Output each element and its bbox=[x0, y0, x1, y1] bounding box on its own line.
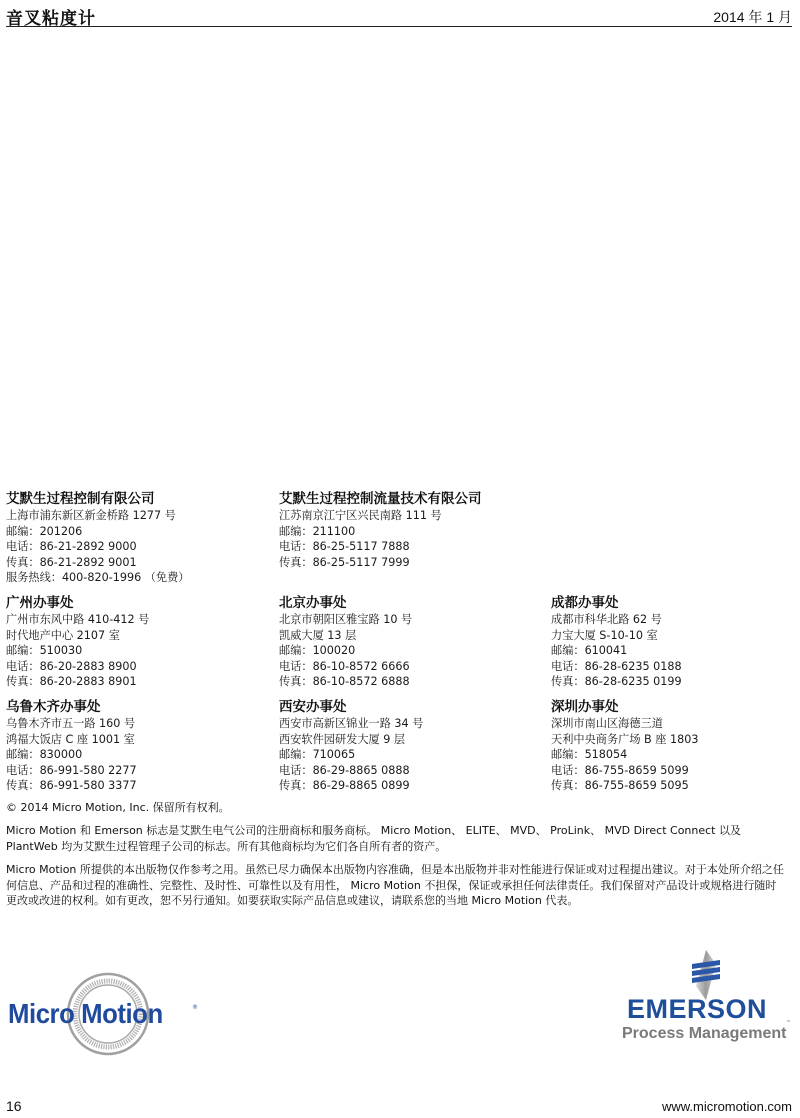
office-name: 广州办事处 bbox=[6, 594, 279, 612]
office-address-2: 时代地产中心 2107 室 bbox=[6, 628, 279, 644]
office-address: 乌鲁木齐市五一路 160 号 bbox=[6, 716, 279, 732]
page-header: 音叉粘度计 2014 年 1 月 bbox=[6, 4, 792, 27]
office-address-2: 天利中央商务广场 B 座 1803 bbox=[551, 732, 791, 748]
office-postcode: 邮编：211100 bbox=[279, 524, 551, 540]
office-address: 上海市浦东新区新金桥路 1277 号 bbox=[6, 508, 279, 524]
office-row: 广州办事处 广州市东风中路 410-412 号 时代地产中心 2107 室 邮编… bbox=[6, 594, 796, 690]
disclaimer-text: Micro Motion 所提供的本出版物仅作参考之用。虽然已尽力确保本出版物内… bbox=[6, 862, 786, 908]
office-address-2: 凯威大厦 13 层 bbox=[279, 628, 551, 644]
office-fax: 传真：86-29-8865 0899 bbox=[279, 778, 551, 794]
office-phone: 电话：86-25-5117 7888 bbox=[279, 539, 551, 555]
website-link[interactable]: www.micromotion.com bbox=[662, 1099, 792, 1114]
office-address-2: 鸿福大饭店 C 座 1001 室 bbox=[6, 732, 279, 748]
office-phone: 电话：86-21-2892 9000 bbox=[6, 539, 279, 555]
office-shenzhen: 深圳办事处 深圳市南山区海德三道 天利中央商务广场 B 座 1803 邮编：51… bbox=[551, 698, 791, 794]
office-address-2: 力宝大厦 S-10-10 室 bbox=[551, 628, 791, 644]
office-name: 成都办事处 bbox=[551, 594, 791, 612]
document-date: 2014 年 1 月 bbox=[713, 7, 792, 27]
page-number: 16 bbox=[6, 1098, 22, 1114]
office-fax: 传真：86-21-2892 9001 bbox=[6, 555, 279, 571]
office-fax: 传真：86-755-8659 5095 bbox=[551, 778, 791, 794]
office-postcode: 邮编：710065 bbox=[279, 747, 551, 763]
office-guangzhou: 广州办事处 广州市东风中路 410-412 号 时代地产中心 2107 室 邮编… bbox=[6, 594, 279, 690]
office-nanjing: 艾默生过程控制流量技术有限公司 江苏南京江宁区兴民南路 111 号 邮编：211… bbox=[279, 490, 551, 586]
document-title: 音叉粘度计 bbox=[6, 4, 96, 29]
office-address-2: 西安软件园研发大厦 9 层 bbox=[279, 732, 551, 748]
emerson-diamond-icon bbox=[682, 950, 730, 1000]
office-address: 江苏南京江宁区兴民南路 111 号 bbox=[279, 508, 551, 524]
office-name: 艾默生过程控制有限公司 bbox=[6, 490, 279, 508]
office-fax: 传真：86-28-6235 0199 bbox=[551, 674, 791, 690]
emerson-subtitle: Process Management bbox=[622, 1025, 787, 1043]
office-postcode: 邮编：830000 bbox=[6, 747, 279, 763]
copyright-text: © 2014 Micro Motion, Inc. 保留所有权利。 bbox=[6, 800, 786, 815]
registered-mark: ® bbox=[192, 1004, 198, 1011]
office-postcode: 邮编：201206 bbox=[6, 524, 279, 540]
office-fax: 传真：86-25-5117 7999 bbox=[279, 555, 551, 571]
micro-motion-logo: Micro Motion ® bbox=[8, 972, 198, 1062]
trademark-text: Micro Motion 和 Emerson 标志是艾默生电气公司的注册商标和服… bbox=[6, 823, 786, 854]
office-beijing: 北京办事处 北京市朝阳区雅宝路 10 号 凯威大厦 13 层 邮编：100020… bbox=[279, 594, 551, 690]
office-chengdu: 成都办事处 成都市科华北路 62 号 力宝大厦 S-10-10 室 邮编：610… bbox=[551, 594, 791, 690]
office-address: 深圳市南山区海德三道 bbox=[551, 716, 791, 732]
office-fax: 传真：86-991-580 3377 bbox=[6, 778, 279, 794]
legal-notice: © 2014 Micro Motion, Inc. 保留所有权利。 Micro … bbox=[6, 800, 786, 916]
office-postcode: 邮编：100020 bbox=[279, 643, 551, 659]
office-name: 深圳办事处 bbox=[551, 698, 791, 716]
office-postcode: 邮编：518054 bbox=[551, 747, 791, 763]
office-row: 乌鲁木齐办事处 乌鲁木齐市五一路 160 号 鸿福大饭店 C 座 1001 室 … bbox=[6, 698, 796, 794]
office-urumqi: 乌鲁木齐办事处 乌鲁木齐市五一路 160 号 鸿福大饭店 C 座 1001 室 … bbox=[6, 698, 279, 794]
office-phone: 电话：86-755-8659 5099 bbox=[551, 763, 791, 779]
office-address: 成都市科华北路 62 号 bbox=[551, 612, 791, 628]
office-name: 北京办事处 bbox=[279, 594, 551, 612]
emerson-wordmark: EMERSON bbox=[627, 994, 767, 1025]
office-postcode: 邮编：510030 bbox=[6, 643, 279, 659]
office-name: 乌鲁木齐办事处 bbox=[6, 698, 279, 716]
office-phone: 电话：86-991-580 2277 bbox=[6, 763, 279, 779]
office-phone: 电话：86-20-2883 8900 bbox=[6, 659, 279, 675]
office-fax: 传真：86-10-8572 6888 bbox=[279, 674, 551, 690]
office-name: 艾默生过程控制流量技术有限公司 bbox=[279, 490, 551, 508]
office-shanghai: 艾默生过程控制有限公司 上海市浦东新区新金桥路 1277 号 邮编：201206… bbox=[6, 490, 279, 586]
emerson-logo: EMERSON ™ Process Management bbox=[620, 950, 795, 1050]
office-xian: 西安办事处 西安市高新区锦业一路 34 号 西安软件园研发大厦 9 层 邮编：7… bbox=[279, 698, 551, 794]
office-row: 艾默生过程控制有限公司 上海市浦东新区新金桥路 1277 号 邮编：201206… bbox=[6, 490, 796, 586]
office-fax: 传真：86-20-2883 8901 bbox=[6, 674, 279, 690]
office-hotline: 服务热线：400-820-1996 （免费） bbox=[6, 570, 279, 586]
office-phone: 电话：86-10-8572 6666 bbox=[279, 659, 551, 675]
office-address: 西安市高新区锦业一路 34 号 bbox=[279, 716, 551, 732]
office-address: 北京市朝阳区雅宝路 10 号 bbox=[279, 612, 551, 628]
office-phone: 电话：86-29-8865 0888 bbox=[279, 763, 551, 779]
office-name: 西安办事处 bbox=[279, 698, 551, 716]
office-address: 广州市东风中路 410-412 号 bbox=[6, 612, 279, 628]
micro-motion-wordmark: Micro Motion bbox=[8, 998, 163, 1030]
office-phone: 电话：86-28-6235 0188 bbox=[551, 659, 791, 675]
office-postcode: 邮编：610041 bbox=[551, 643, 791, 659]
office-directory: 艾默生过程控制有限公司 上海市浦东新区新金桥路 1277 号 邮编：201206… bbox=[6, 490, 796, 802]
